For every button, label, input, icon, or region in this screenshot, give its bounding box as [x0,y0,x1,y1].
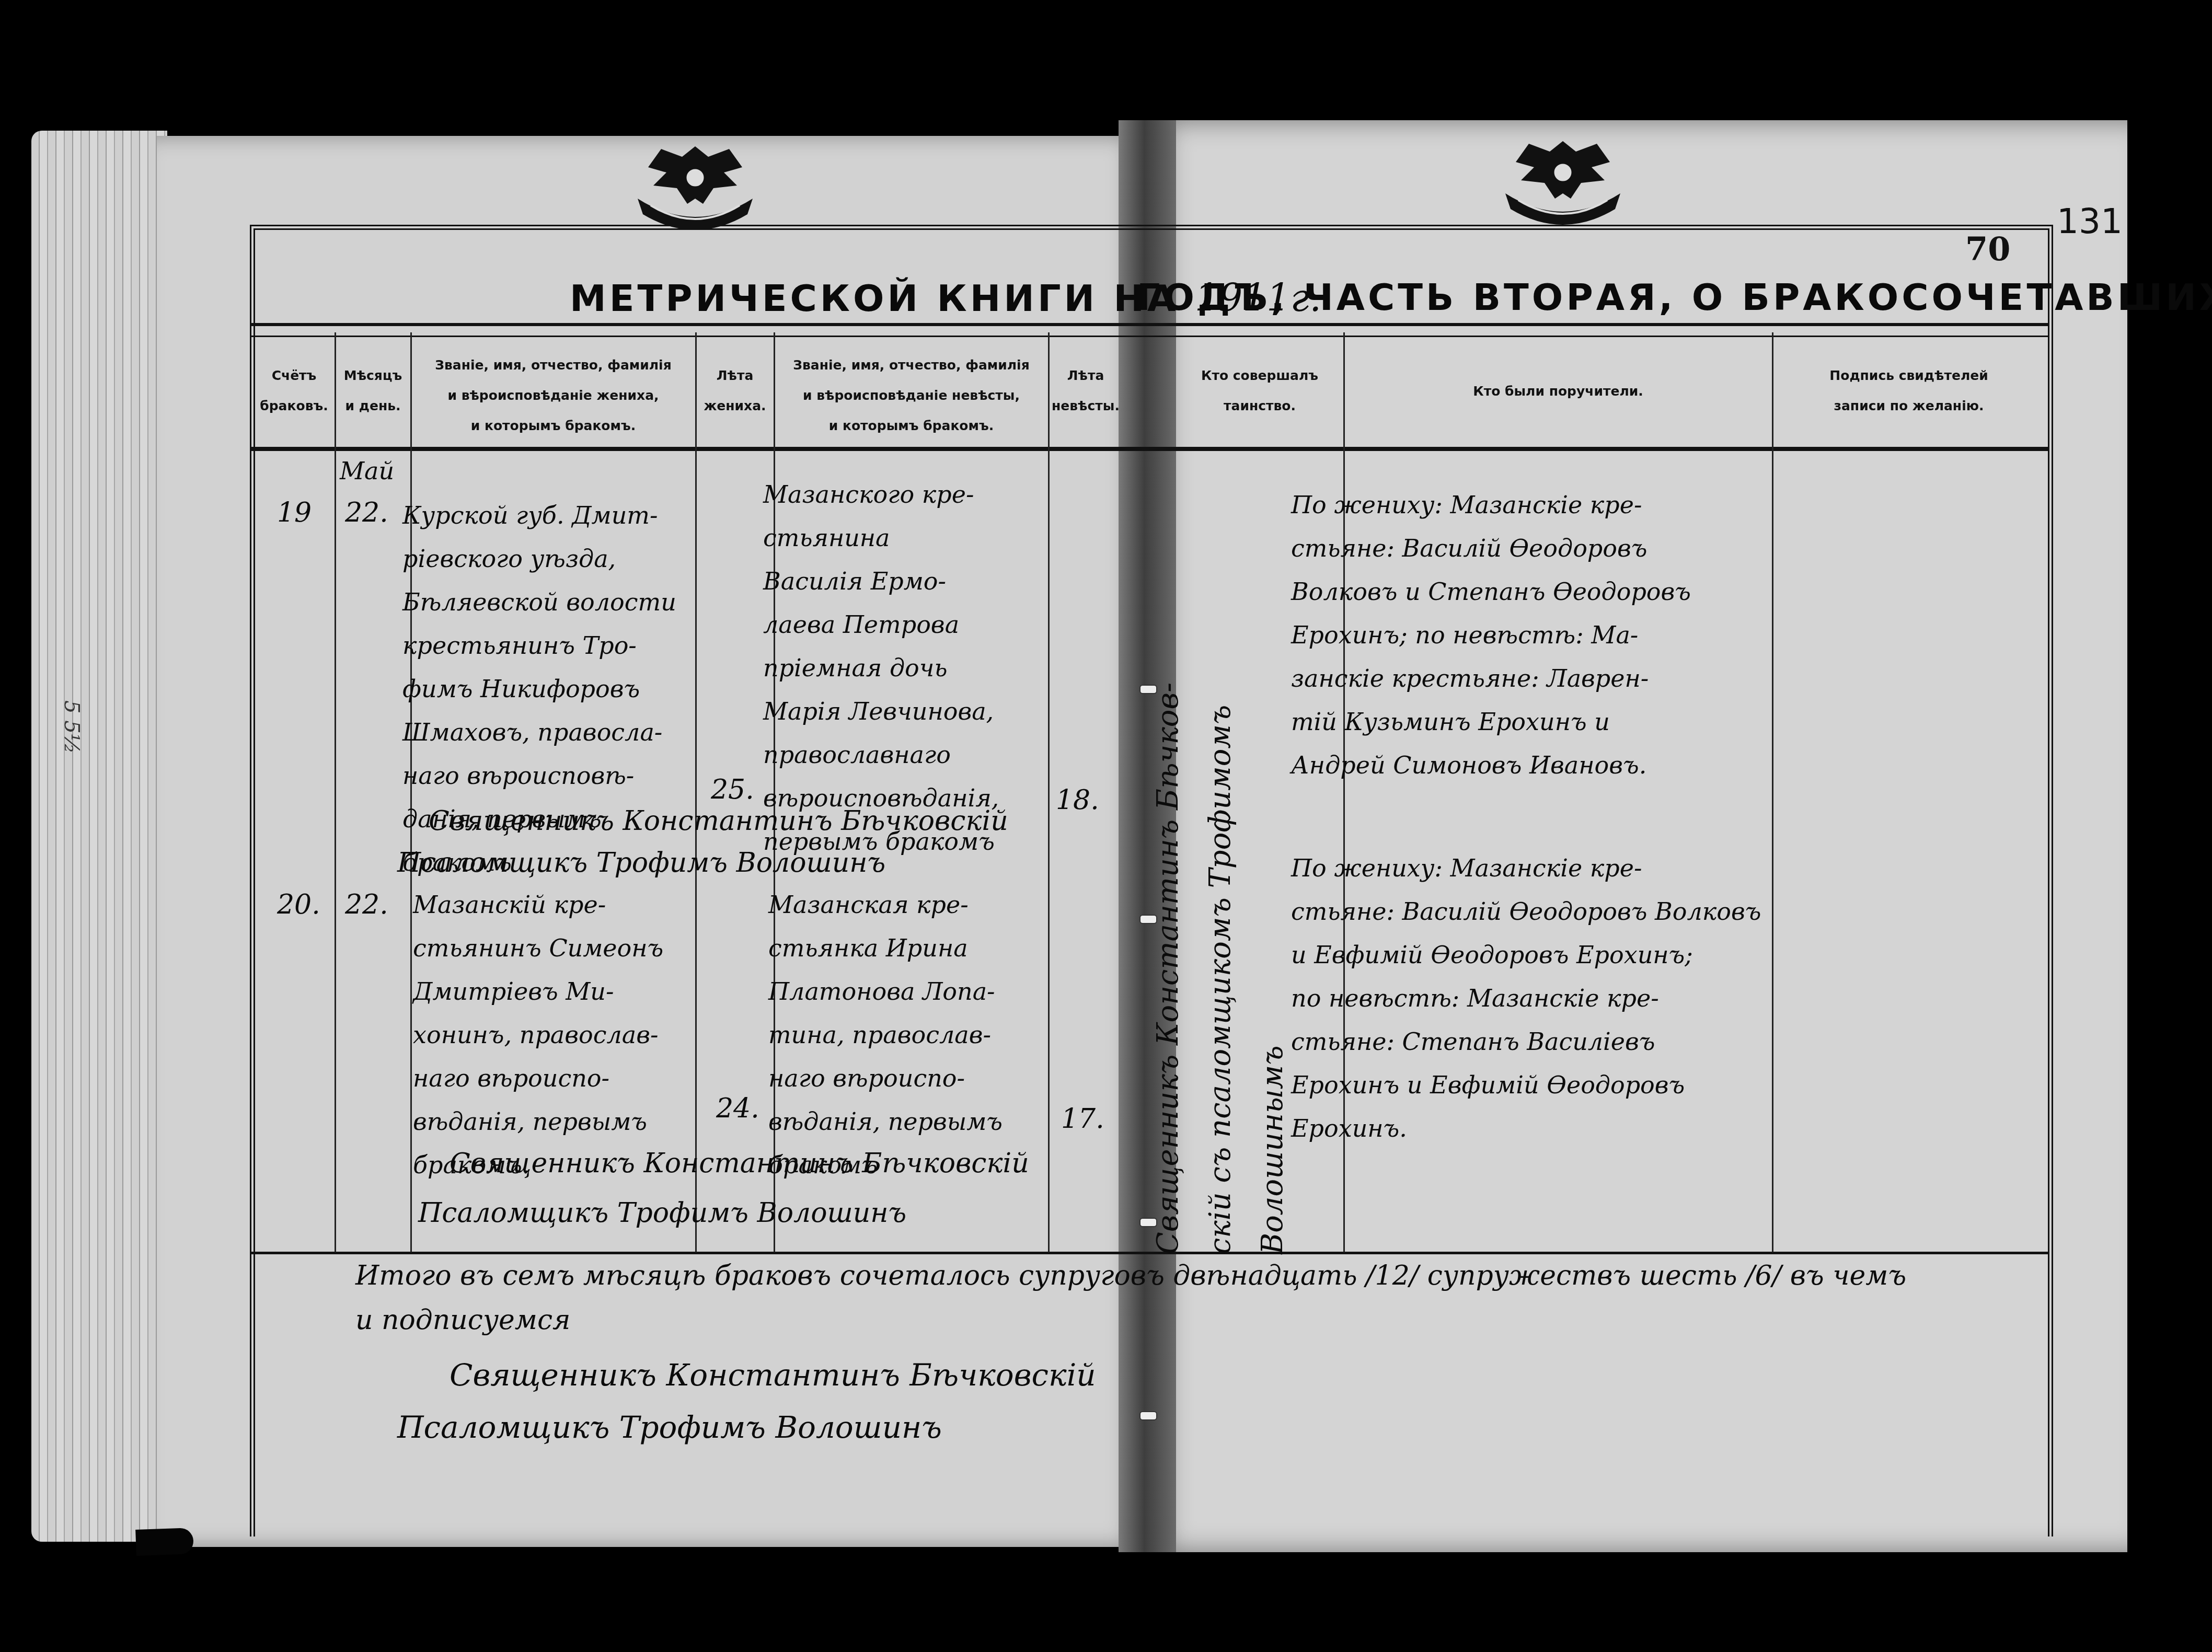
column-header-officiant: Кто совершалъ таинство. [1176,361,1343,421]
monthly-summary-line: Итого въ семъ мѣсяцѣ браковъ сочеталось … [355,1254,1906,1298]
priest-signature: Священникъ Константинъ Бѣчковскій [429,800,1008,843]
column-divider [335,332,336,1252]
record-month: Май [340,449,394,493]
page-number: 70 [1965,230,2010,268]
column-header-date: Мѣсяцъ и день. [336,361,410,421]
column-header-groom: Званіе, имя, отчество, фамилія и вѣроисп… [411,350,695,441]
record-count: 20. [277,883,320,927]
record-day: 22. [345,491,388,535]
bookmark-ribbon [135,1528,194,1556]
page-title-right: ГОДЪ, ЧАСТЬ ВТОРАЯ, О БРАКОСОЧЕТАВШИХСЯ [1137,276,2212,319]
column-header-count: Счётъ браковъ. [254,361,335,421]
imperial-eagle-emblem-icon [617,136,774,235]
column-header-witness-signature: Подпись свидѣтелей записи по желанію. [1773,361,2045,421]
record-count: 19 [277,491,312,535]
record-day: 22. [345,883,388,927]
officiant-vertical-text: Священникъ Константинъ Бѣчков- [1145,496,1192,1254]
book-page-stack [31,131,167,1542]
column-divider [695,332,697,1252]
psalmist-signature: Псаломщикъ Трофимъ Волошинъ [397,841,885,885]
bride-age: 18. [1056,779,1099,822]
bride-details: Мазанская кре- стьянка Ирина Платонова Л… [768,883,1003,1187]
officiant-vertical-text: скій съ псаломщикомъ Трофимомъ [1197,523,1244,1254]
groom-age: 24. [716,1087,759,1130]
sponsors-list: По жениху: Мазанскіе кре- стьяне: Василі… [1291,847,1761,1150]
imperial-eagle-emblem-icon [1484,131,1641,230]
column-header-bride-age: Лѣта невѣсты. [1049,361,1122,421]
summary-priest-signature: Священникъ Константинъ Бѣчковскій [450,1354,1096,1397]
column-header-sponsors: Кто были поручители. [1344,376,1772,407]
monthly-summary-line: и подписуемся [355,1299,570,1342]
groom-details: Мазанскій кре- стьянинъ Симеонъ Дмитріев… [413,883,663,1187]
bride-age: 17. [1061,1098,1104,1141]
column-header-bride: Званіе, имя, отчество, фамилія и вѣроисп… [775,350,1048,441]
priest-signature: Священникъ Константинъ Бѣчковскій [450,1142,1029,1185]
summary-psalmist-signature: Псаломщикъ Трофимъ Волошинъ [397,1406,942,1449]
column-header-groom-age: Лѣта жениха. [696,361,774,421]
psalmist-signature: Псаломщикъ Трофимъ Волошинъ [418,1192,906,1235]
header-rule [250,447,2048,451]
margin-pencil-note: 5 5½ [60,700,84,754]
column-divider [1048,332,1050,1252]
sponsors-list: По жениху: Мазанскіе кре- стьяне: Василі… [1291,483,1691,787]
column-divider [1772,332,1773,1252]
archive-folio-number: 131 [2057,201,2123,241]
officiant-vertical-text: Волошинымъ [1249,941,1296,1254]
title-rule [250,323,2048,337]
